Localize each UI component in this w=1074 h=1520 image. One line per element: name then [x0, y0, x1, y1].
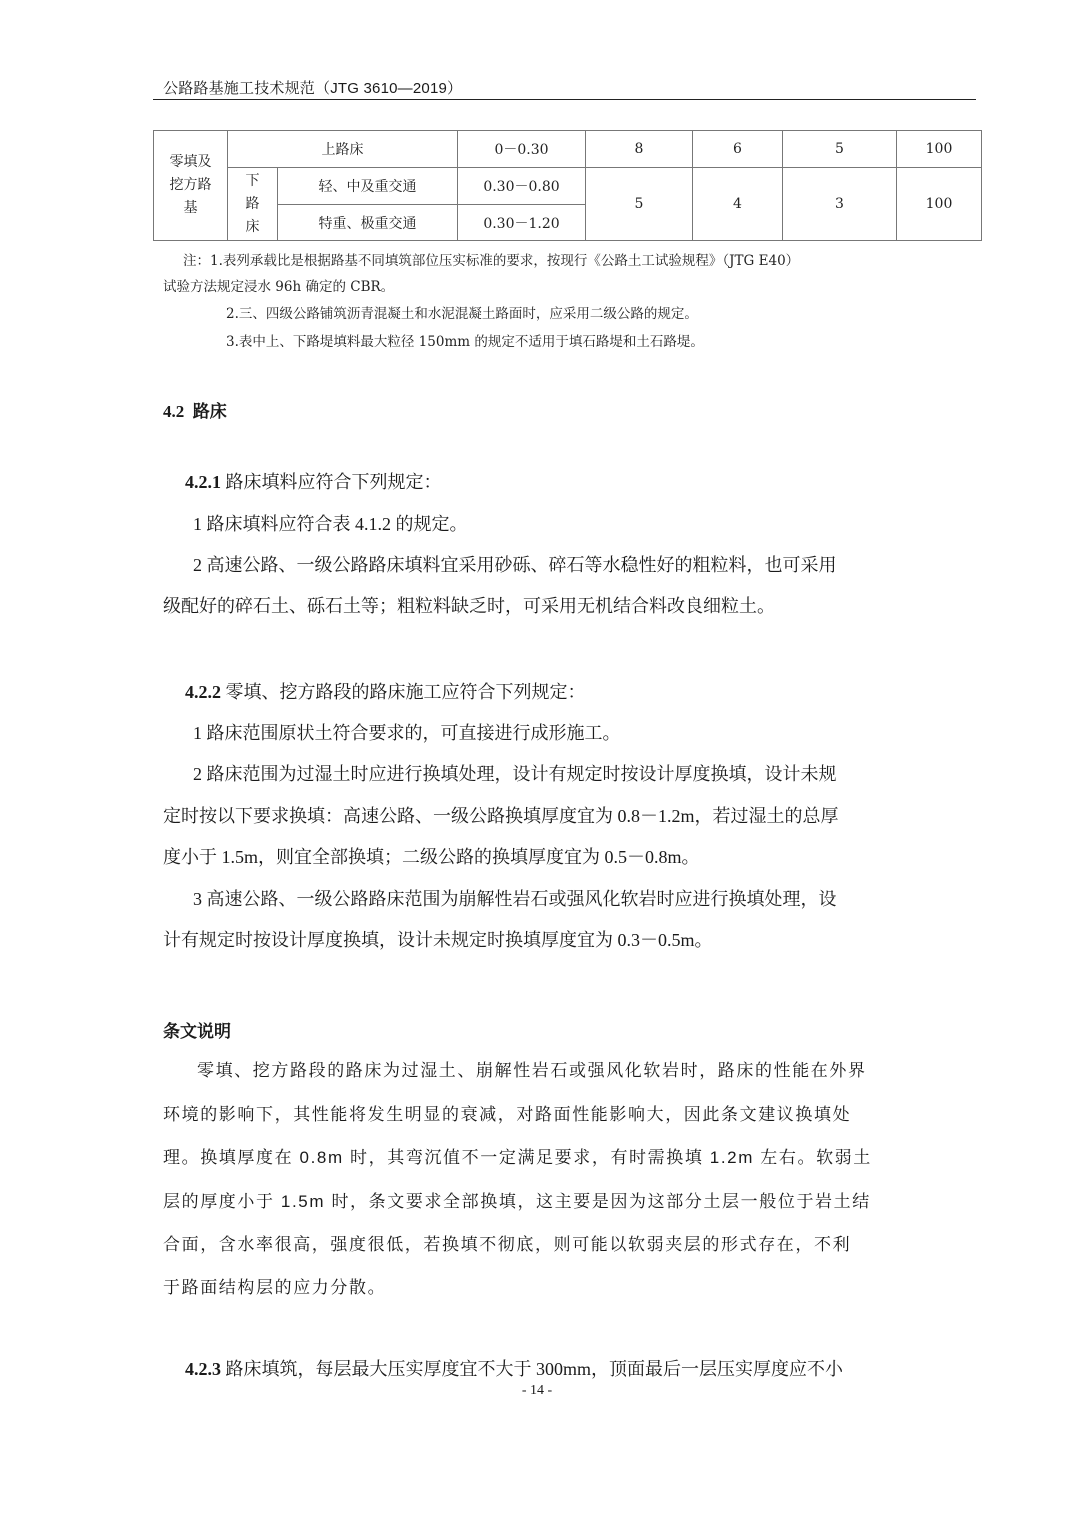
clause-text: 零填、挖方路段的路床施工应符合下列规定：: [226, 682, 586, 702]
header-rule: [153, 99, 976, 100]
upper-bed-depth: 0－0.30: [458, 131, 586, 168]
section-heading: 4.2 路床: [163, 397, 227, 422]
cbr-requirement-table: 零填及 挖方路 基 上路床 0－0.30 8 6 5 100 下 路 床 轻、中…: [153, 130, 982, 241]
explanation-line: 零填、挖方路段的路床为过湿土、崩解性岩石或强风化软岩时，路床的性能在外界: [197, 1056, 867, 1081]
clause-4-2-2-heading: 4.2.2 零填、挖方路段的路床施工应符合下列规定：: [185, 678, 586, 704]
note-line: 注：1.表列承载比是根据路基不同填筑部位压实标准的要求，按现行《公路土工试验规程…: [183, 249, 799, 269]
lower-bed-sub-label: 轻、中及重交通: [278, 168, 458, 205]
page-number: - 14 -: [0, 1383, 1074, 1399]
clause-text: 路床填料应符合下列规定：: [226, 472, 442, 492]
explanation-line: 合面，含水率很高，强度很低，若换填不彻底，则可能以软弱夹层的形式存在，不利: [163, 1230, 851, 1255]
upper-bed-value-1: 8: [586, 131, 693, 168]
explanation-line: 环境的影响下，其性能将发生明显的衰减，对路面性能影响大，因此条文建议换填处: [163, 1100, 851, 1125]
clause-item-continued: 计有规定时按设计厚度换填，设计未规定时换填厚度宜为 0.3－0.5m。: [163, 926, 713, 952]
note-line: 试验方法规定浸水 96h 确定的 CBR。: [163, 275, 394, 295]
lower-bed-label: 下 路 床: [228, 168, 278, 241]
clause-4-2-3-heading: 4.2.3 路床填筑，每层最大压实厚度宜不大于 300mm，顶面最后一层压实厚度…: [185, 1355, 843, 1381]
explanation-title: 条文说明: [163, 1017, 231, 1042]
clause-item: 2 路床范围为过湿土时应进行换填处理，设计有规定时按设计厚度换填，设计未规: [193, 760, 837, 786]
explanation-line: 于路面结构层的应力分散。: [163, 1273, 386, 1298]
clause-number: 4.2.2: [185, 682, 221, 702]
running-header: 公路路基施工技术规范（JTG 3610—2019）: [163, 77, 462, 98]
lower-bed-sub-label: 特重、极重交通: [278, 205, 458, 241]
row-group-label-line: 零填及: [154, 151, 227, 174]
lower-bed-value-3: 3: [783, 168, 897, 241]
upper-bed-value-2: 6: [693, 131, 783, 168]
section-number: 4.2: [163, 402, 184, 421]
clause-item: 1 路床填料应符合表 4.1.2 的规定。: [193, 510, 468, 536]
row-group-label-line: 基: [154, 197, 227, 220]
clause-4-2-1-heading: 4.2.1 路床填料应符合下列规定：: [185, 468, 442, 494]
clause-item: 1 路床范围原状土符合要求的，可直接进行成形施工。: [193, 719, 621, 745]
explanation-line: 理。换填厚度在 0.8m 时，其弯沉值不一定满足要求，有时需换填 1.2m 左右…: [163, 1143, 872, 1168]
lower-bed-value-2: 4: [693, 168, 783, 241]
lower-bed-label-char: 路: [228, 193, 277, 216]
clause-item-continued: 度小于 1.5m，则宜全部换填；二级公路的换填厚度宜为 0.5－0.8m。: [163, 843, 700, 869]
row-group-label-line: 挖方路: [154, 174, 227, 197]
clause-item-continued: 定时按以下要求换填：高速公路、一级公路换填厚度宜为 0.8－1.2m，若过湿土的…: [163, 802, 839, 828]
upper-bed-value-4: 100: [897, 131, 982, 168]
lower-bed-sub-depth: 0.30－1.20: [458, 205, 586, 241]
lower-bed-label-char: 下: [228, 170, 277, 193]
lower-bed-label-char: 床: [228, 216, 277, 239]
lower-bed-value-4: 100: [897, 168, 982, 241]
note-line: 2.三、四级公路铺筑沥青混凝土和水泥混凝土路面时，应采用二级公路的规定。: [226, 302, 698, 322]
row-group-label: 零填及 挖方路 基: [154, 131, 228, 241]
explanation-line: 层的厚度小于 1.5m 时，条文要求全部换填，这主要是因为这部分土层一般位于岩土…: [163, 1187, 871, 1212]
note-line: 3.表中上、下路堤填料最大粒径 150mm 的规定不适用于填石路堤和土石路堤。: [226, 330, 704, 350]
lower-bed-value-1: 5: [586, 168, 693, 241]
clause-item: 3 高速公路、一级公路路床范围为崩解性岩石或强风化软岩时应进行换填处理，设: [193, 885, 837, 911]
section-title: 路床: [193, 402, 227, 421]
upper-bed-label: 上路床: [228, 131, 458, 168]
clause-text: 路床填筑，每层最大压实厚度宜不大于 300mm，顶面最后一层压实厚度应不小: [226, 1359, 844, 1379]
clause-item: 2 高速公路、一级公路路床填料宜采用砂砾、碎石等水稳性好的粗粒料，也可采用: [193, 551, 837, 577]
clause-number: 4.2.3: [185, 1359, 221, 1379]
clause-item-continued: 级配好的碎石土、砾石土等；粗粒料缺乏时，可采用无机结合料改良细粒土。: [163, 592, 775, 618]
lower-bed-sub-depth: 0.30－0.80: [458, 168, 586, 205]
table-row-upper-bed: 零填及 挖方路 基 上路床 0－0.30 8 6 5 100: [154, 131, 982, 168]
upper-bed-value-3: 5: [783, 131, 897, 168]
table-row-lower-bed-light: 下 路 床 轻、中及重交通 0.30－0.80 5 4 3 100: [154, 168, 982, 205]
clause-number: 4.2.1: [185, 472, 221, 492]
